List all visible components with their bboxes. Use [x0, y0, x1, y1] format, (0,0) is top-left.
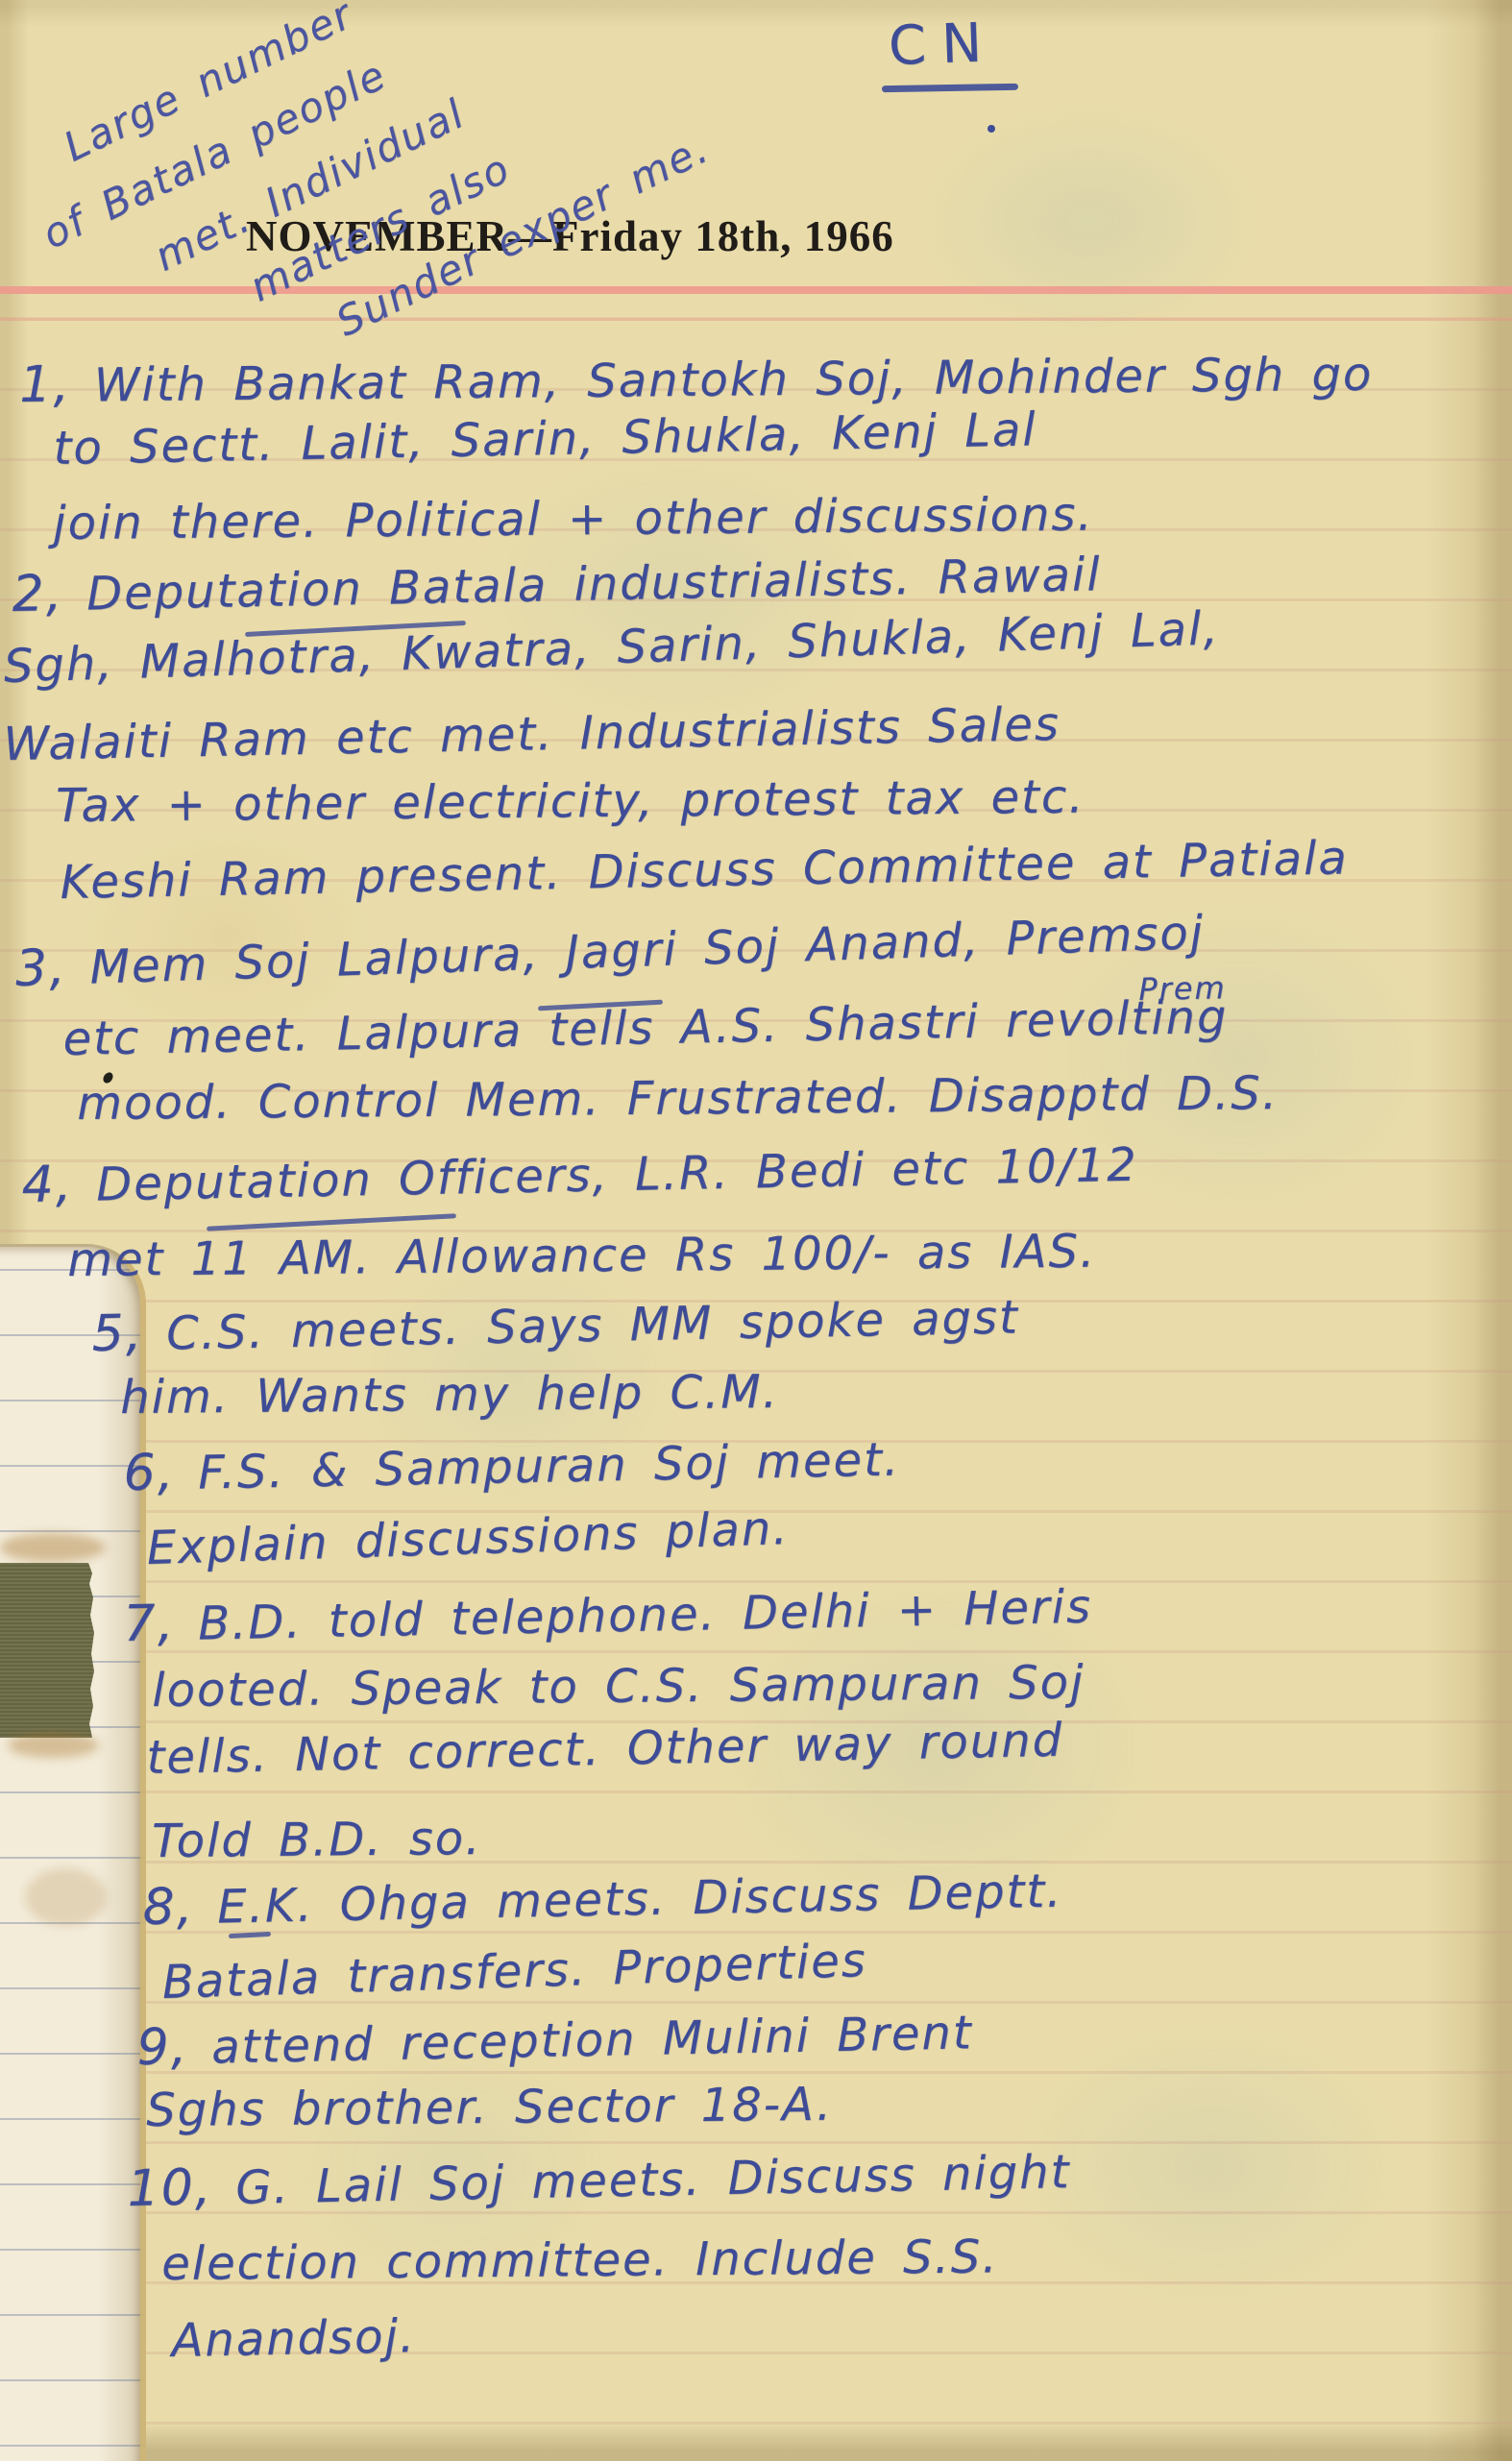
entry-line: Anandsoj.: [171, 2310, 417, 2368]
entry-line: 6,F.S. & Sampuran Soj meet.: [123, 1430, 901, 1502]
entry-line: 8,E.K. Ohga meets. Discuss Deptt.: [142, 1863, 1063, 1937]
entry-text: With Bankat Ram, Santokh Soj, Mohinder S…: [94, 348, 1374, 413]
underline-flourish: [207, 1213, 456, 1231]
entry-line: etc meet. Lalpura tells A.S. Shastri rev…: [62, 991, 1229, 1066]
entry-number: 7,: [123, 1595, 176, 1653]
entry-text: F.S. & Sampuran Soj meet.: [198, 1432, 901, 1499]
entry-number: 6,: [123, 1444, 176, 1502]
entry-number: 5,: [91, 1304, 144, 1363]
entry-line: looted. Speak to C.S. Sampuran Soj: [152, 1657, 1085, 1718]
entry-line: 3,Mem Soj Lalpura, Jagri Soj Anand, Prem…: [14, 904, 1206, 999]
entry-number: 2,: [12, 565, 64, 623]
entry-text: Deputation Officers, L.R. Bedi etc 10/12: [96, 1138, 1139, 1212]
entry-line: 9,attend reception Mulini Brent: [136, 2004, 973, 2077]
entry-number: 10,: [127, 2158, 213, 2218]
entry-number: 8,: [142, 1878, 195, 1937]
entry-line: Explain discussions plan.: [146, 1502, 790, 1575]
glue-stain: [8, 1733, 99, 1758]
entry-line: 7,B.D. told telephone. Delhi + Heris: [123, 1578, 1092, 1654]
entry-line: election committee. Include S.S.: [161, 2230, 999, 2291]
entry-line: 5,C.S. meets. Says MM spoke agst: [91, 1288, 1019, 1363]
entry-line: Tax + other electricity, protest tax etc…: [56, 771, 1085, 834]
cloth-patch: [0, 1563, 96, 1738]
entry-line: 4,Deputation Officers, L.R. Bedi etc 10/…: [21, 1136, 1138, 1215]
entry-text: C.S. meets. Says MM spoke agst: [166, 1290, 1020, 1360]
paper-stain: [25, 1868, 107, 1926]
entry-text: attend reception Mulini Brent: [211, 2006, 973, 2074]
entry-number: 3,: [14, 938, 67, 998]
thumb-cutout-under-page: [0, 1244, 146, 2461]
entry-number: 9,: [136, 2018, 189, 2077]
diary-page: NOVEMBER—Friday 18th, 1966 CN Large numb…: [0, 0, 1512, 2461]
entry-line: met 11 AM. Allowance Rs 100/- as IAS.: [67, 1226, 1096, 1288]
entry-number: 4,: [21, 1156, 74, 1214]
entry-number: 1,: [19, 356, 71, 414]
entry-line: mood. Control Mem. Frustrated. Disapptd …: [77, 1067, 1279, 1131]
entry-line: 1,With Bankat Ram, Santokh Soj, Mohinder…: [19, 346, 1374, 415]
ink-dot: [988, 125, 995, 133]
entry-line: him. Wants my help C.M.: [120, 1366, 779, 1425]
entry-text: B.D. told telephone. Delhi + Heris: [198, 1580, 1093, 1651]
entry-line: Sghs brother. Sector 18-A.: [146, 2079, 833, 2137]
entry-line: Batala transfers. Properties: [161, 1935, 868, 2010]
underline-flourish: [229, 1932, 271, 1938]
entry-text: E.K. Ohga meets. Discuss Deptt.: [217, 1864, 1063, 1935]
entry-text: Mem Soj Lalpura, Jagri Soj Anand, Premso…: [89, 906, 1206, 994]
entry-text: G. Lail Soj meets. Discuss night: [235, 2145, 1071, 2215]
entry-line: tells. Not correct. Other way round: [146, 1715, 1064, 1786]
entry-line: join there. Political + other discussion…: [53, 489, 1094, 551]
corner-mark-underline: [882, 84, 1018, 92]
entry-line: Told B.D. so.: [152, 1813, 482, 1868]
corner-mark-cn: CN: [888, 12, 998, 78]
entry-line: 10,G. Lail Soj meets. Discuss night: [127, 2143, 1071, 2219]
glue-stain: [0, 1533, 106, 1562]
entry-line: Keshi Ram present. Discuss Committee at …: [60, 832, 1349, 910]
entry-line: Walaiti Ram etc met. Industrialists Sale…: [3, 698, 1061, 771]
